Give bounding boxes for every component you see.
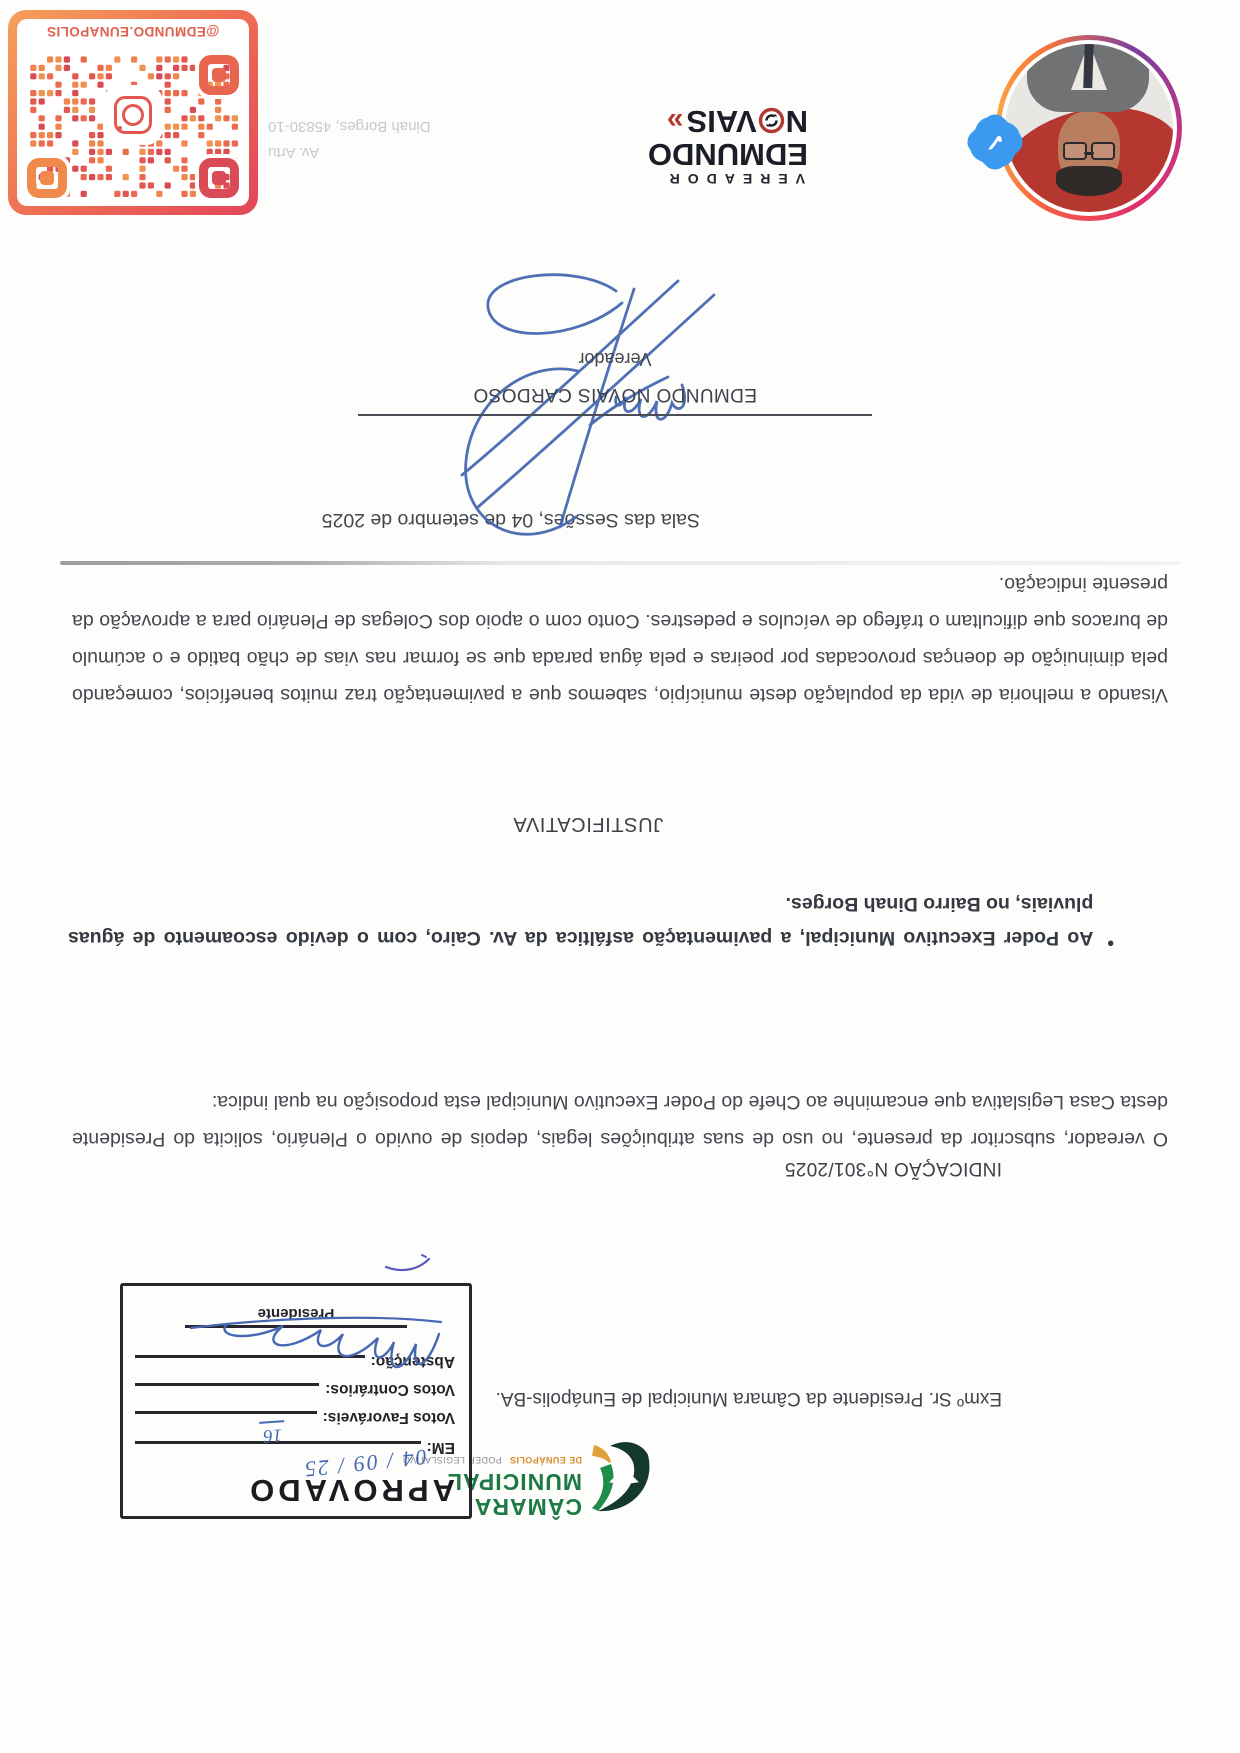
photo-tie (1083, 44, 1094, 88)
stamp-date-label: EM: (427, 1438, 455, 1456)
pen-mark-artifact (380, 1253, 432, 1275)
brand-role: VEREADOR (648, 171, 805, 187)
chevron-right-icon: » (670, 105, 684, 138)
stamp-favorable-row: Votos Favoráveis: (135, 1408, 455, 1426)
indication-bullet-item: • Ao Poder Executivo Municipal, a pavime… (68, 887, 1114, 955)
photo-image (1005, 44, 1173, 212)
approval-stamp: APROVADO EM: Votos Favoráveis: Votos Con… (120, 1283, 472, 1519)
council-logo-graphic (588, 1433, 658, 1521)
verified-badge-icon: ✓ (972, 119, 1018, 165)
contact-line-2: Dinah Borges, 45830-10 (268, 113, 482, 139)
instagram-icon (106, 88, 160, 142)
document-number: INDICAÇÃO N°301/2025 (785, 1157, 1002, 1179)
contact-info: Av. Artu Dinah Borges, 45830-10 (268, 113, 482, 165)
brand-last-name-end: VAIS (687, 105, 757, 138)
verified-check-glyph: ✓ (972, 119, 1018, 165)
salutation: Exmº Sr. Presidente da Câmara Municipal … (496, 1387, 1002, 1409)
signer-title: Vereador (358, 348, 872, 369)
handwritten-vote-count: 16 (259, 1420, 286, 1447)
brand-last-name-start: N (786, 105, 808, 138)
place-date-line: Sala das Sessões, 04 de setembro de 2025 (322, 508, 700, 531)
justification-paragraph: Visando a melhoria de vida da população … (72, 565, 1168, 713)
scanned-sheet-rotated-180: CÂMARA MUNICIPAL DE EUNÁPOLIS PODER LEGI… (0, 0, 1240, 1753)
contact-line-1: Av. Artu (268, 139, 482, 165)
stamp-favorable-rule (135, 1411, 317, 1414)
brand-logo: VEREADOR EDMUNDO N VAIS » (648, 105, 808, 187)
photo-hair (1056, 166, 1122, 196)
qr-inner: @EDMUNDO.EUNAPOLIS (17, 19, 249, 206)
president-signature (147, 1310, 453, 1386)
qr-finder-icon (199, 55, 239, 95)
indication-text: Ao Poder Executivo Municipal, a paviment… (68, 887, 1093, 955)
qr-handle: @EDMUNDO.EUNAPOLIS (17, 24, 249, 39)
signature-line (358, 414, 872, 416)
scanned-document-page: CÂMARA MUNICIPAL DE EUNÁPOLIS PODER LEGI… (0, 0, 1240, 1753)
intro-paragraph: O vereador, subscritor da presente, no u… (72, 1083, 1168, 1157)
signer-name: EDMUNDO NOVAIS CARDOSO (358, 383, 872, 405)
refresh-icon (758, 107, 785, 134)
justification-title: JUSTIFICATIVA (8, 812, 1168, 835)
brand-last-name: N VAIS » (648, 105, 808, 138)
qr-finder-icon (199, 158, 239, 198)
stamp-favorable-label: Votos Favoráveis: (323, 1408, 455, 1426)
council-subtitle-city: DE EUNÁPOLIS (510, 1455, 582, 1465)
bullet-icon: • (1107, 887, 1114, 953)
qr-finder-icon (27, 158, 67, 198)
scan-streak-artifact (60, 561, 1180, 565)
profile-photo (996, 35, 1182, 221)
qr-code: @EDMUNDO.EUNAPOLIS (8, 10, 258, 215)
glasses-icon (1062, 145, 1116, 160)
brand-first-name: EDMUNDO (648, 138, 808, 171)
